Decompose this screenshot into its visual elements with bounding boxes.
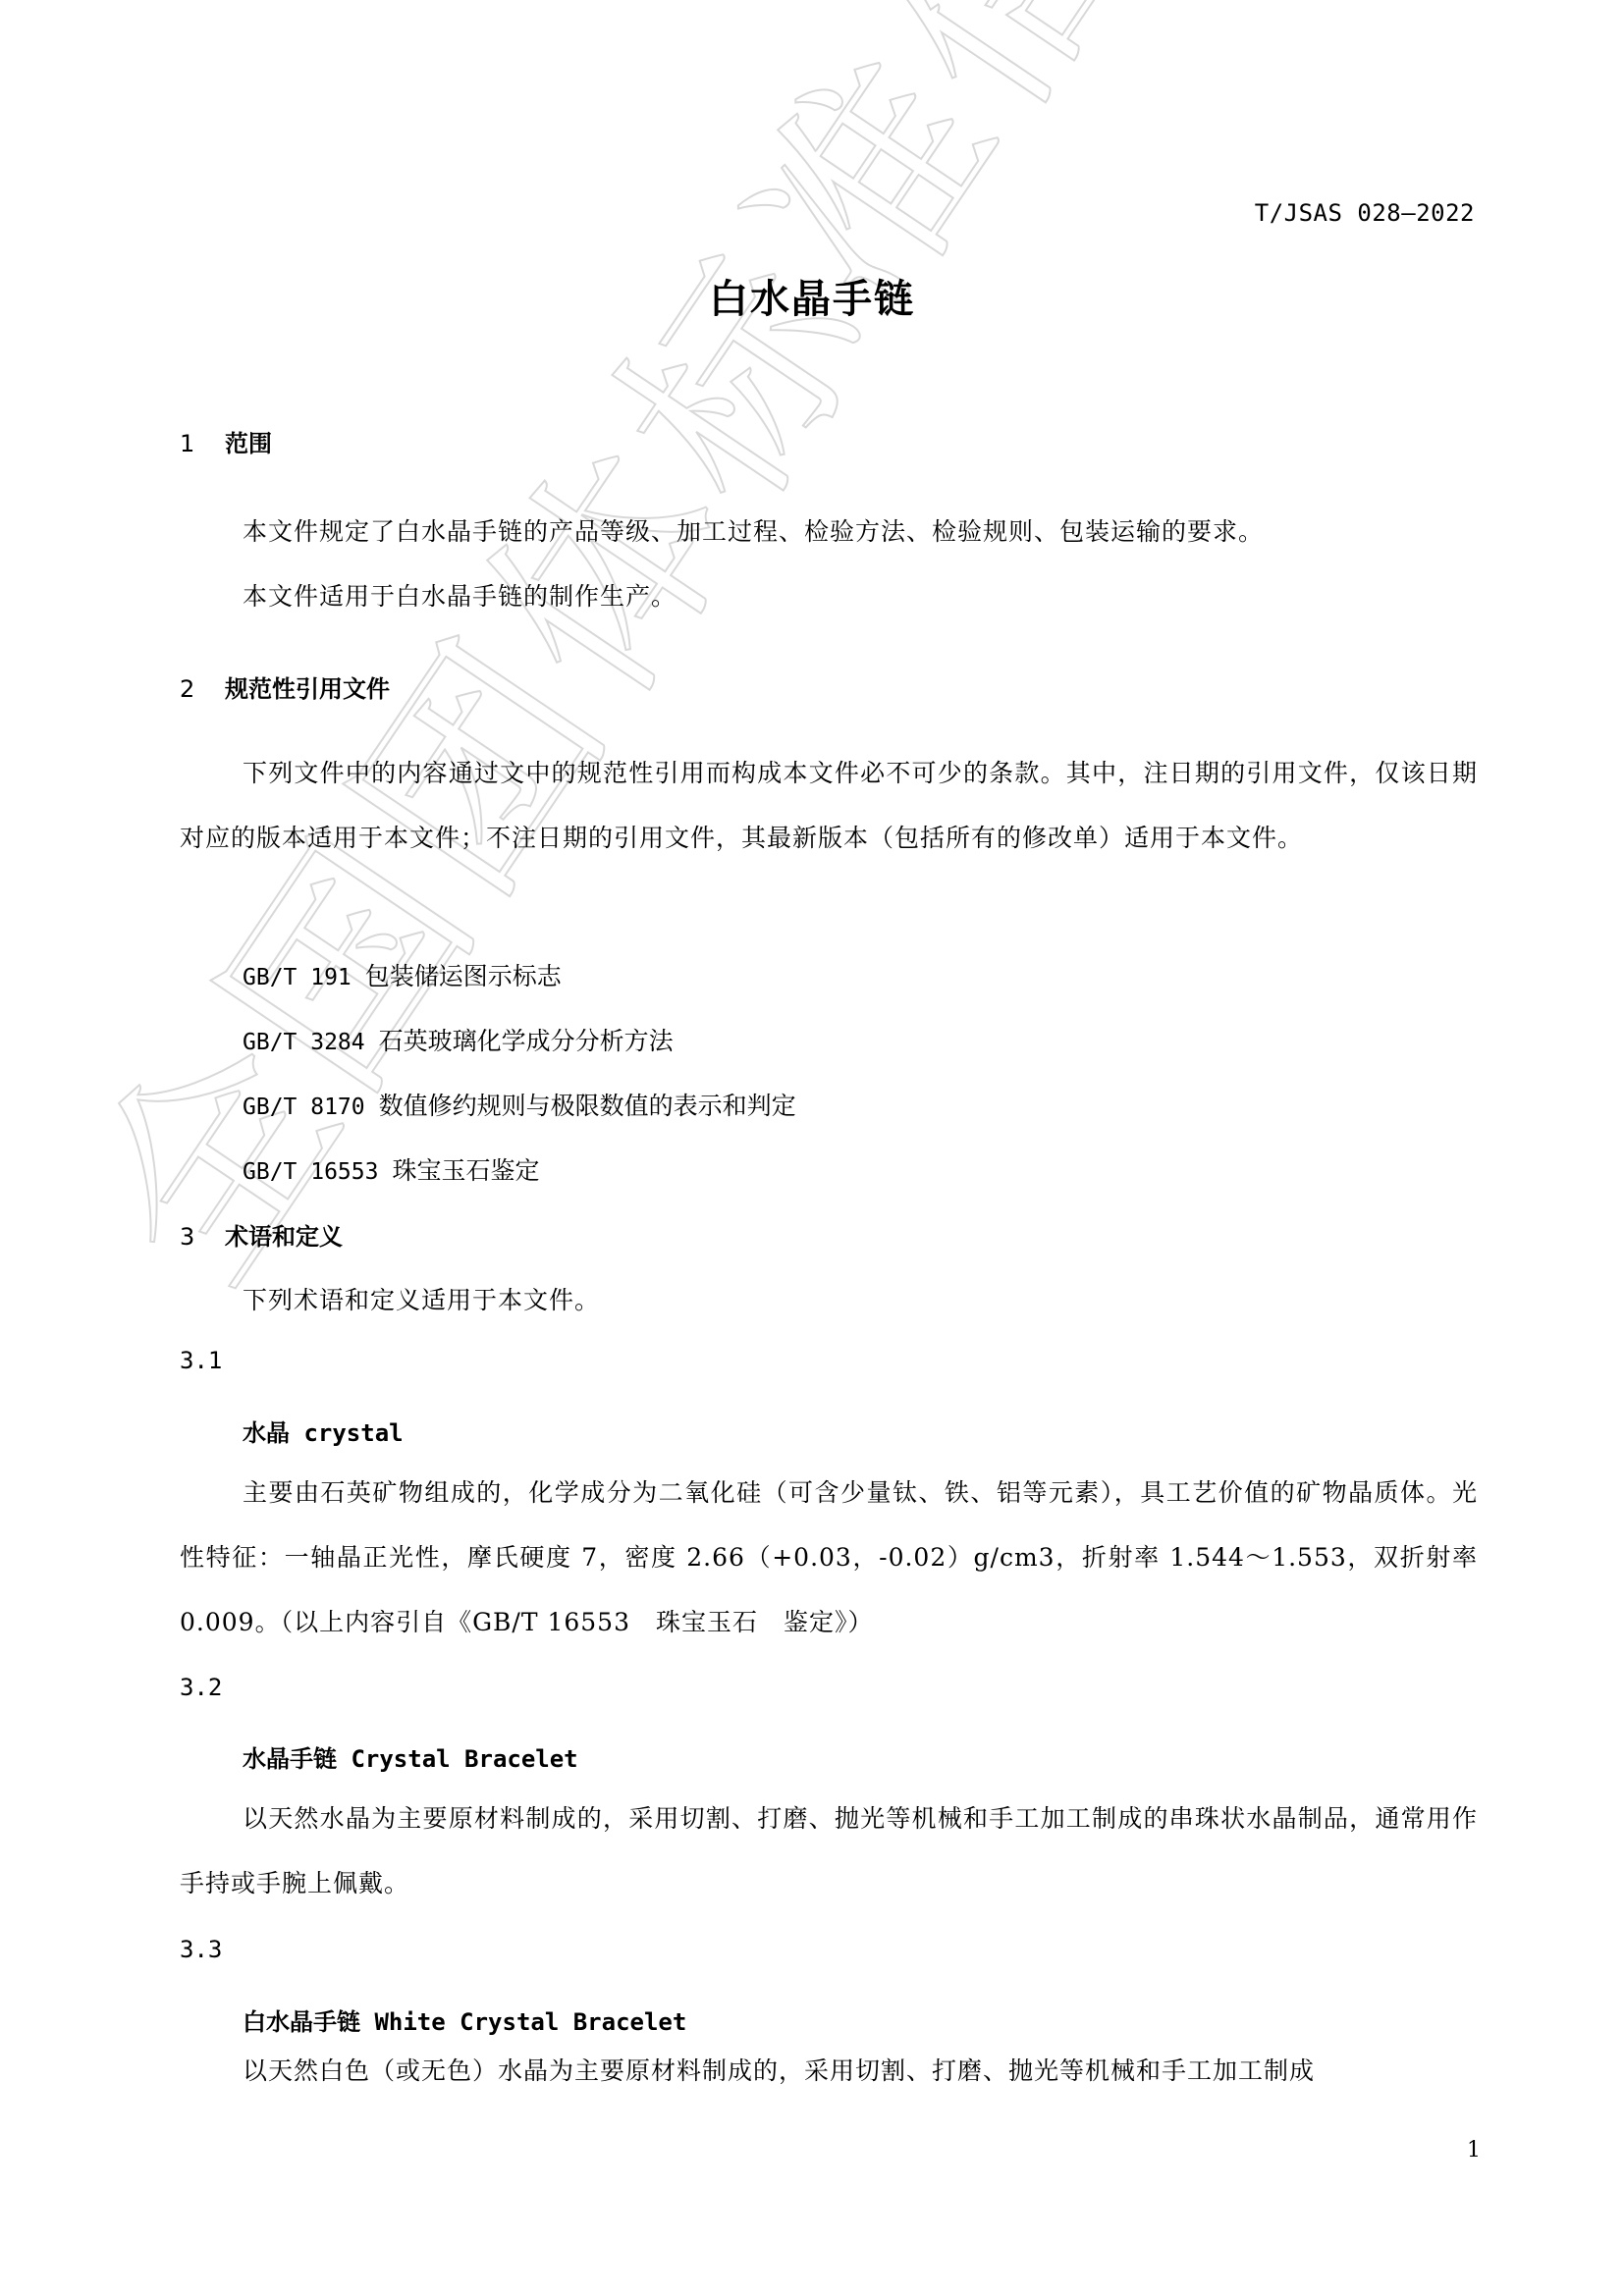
section-number: 1 <box>180 430 225 457</box>
watermark: 全国团体标准信息平台 <box>0 0 1624 2296</box>
reference-code: GB/T 3284 <box>243 1030 365 1055</box>
reference-item: GB/T 8170数值修约规则与极限数值的表示和判定 <box>243 1087 796 1122</box>
section-heading-scope: 1范围 <box>180 424 272 458</box>
document-code: T/JSAS 028—2022 <box>1255 199 1475 227</box>
reference-code: GB/T 16553 <box>243 1159 378 1185</box>
term-definition: 以天然水晶为主要原材料制成的，采用切割、打磨、抛光等机械和手工加工制成的串珠状水… <box>180 1787 1478 1916</box>
term-number: 3.2 <box>180 1674 222 1701</box>
reference-title: 包装储运图示标志 <box>365 962 562 990</box>
term-number: 3.1 <box>180 1347 222 1374</box>
reference-item: GB/T 16553珠宝玉石鉴定 <box>243 1151 540 1187</box>
reference-code: GB/T 8170 <box>243 1095 365 1120</box>
section-title: 范围 <box>225 430 272 457</box>
reference-item: GB/T 191包装储运图示标志 <box>243 957 562 992</box>
reference-code: GB/T 191 <box>243 965 352 990</box>
document-page: 全国团体标准信息平台 T/JSAS 028—2022 白水晶手链 1范围 本文件… <box>0 0 1624 2296</box>
term-definition: 以天然白色（或无色）水晶为主要原材料制成的，采用切割、打磨、抛光等机械和手工加工… <box>243 2052 1315 2087</box>
section-number: 3 <box>180 1223 225 1251</box>
section-number: 2 <box>180 675 225 703</box>
reference-title: 珠宝玉石鉴定 <box>392 1156 539 1185</box>
section-title: 术语和定义 <box>225 1223 343 1251</box>
reference-title: 数值修约规则与极限数值的表示和判定 <box>379 1092 796 1120</box>
scope-paragraph-2: 本文件适用于白水晶手链的制作生产。 <box>243 577 677 613</box>
scope-paragraph-1: 本文件规定了白水晶手链的产品等级、加工过程、检验方法、检验规则、包装运输的要求。 <box>243 512 1264 548</box>
term-name: 水晶 crystal <box>243 1414 404 1448</box>
page-number: 1 <box>1467 2138 1481 2163</box>
term-definition: 主要由石英矿物组成的，化学成分为二氧化硅（可含少量钛、铁、铝等元素），具工艺价值… <box>180 1461 1478 1655</box>
reference-item: GB/T 3284石英玻璃化学成分分析方法 <box>243 1022 674 1057</box>
reference-title: 石英玻璃化学成分分析方法 <box>379 1027 674 1055</box>
page-title: 白水晶手链 <box>0 268 1624 324</box>
term-name: 白水晶手链 White Crystal Bracelet <box>243 2002 686 2037</box>
section-title: 规范性引用文件 <box>225 675 390 703</box>
section-heading-terms: 3术语和定义 <box>180 1217 343 1252</box>
normative-refs-intro: 下列文件中的内容通过文中的规范性引用而构成本文件必不可少的条款。其中，注日期的引… <box>180 741 1478 871</box>
term-number: 3.3 <box>180 1936 222 1963</box>
term-name: 水晶手链 Crystal Bracelet <box>243 1739 578 1774</box>
terms-intro: 下列术语和定义适用于本文件。 <box>243 1281 600 1316</box>
section-heading-normative-refs: 2规范性引用文件 <box>180 669 390 704</box>
